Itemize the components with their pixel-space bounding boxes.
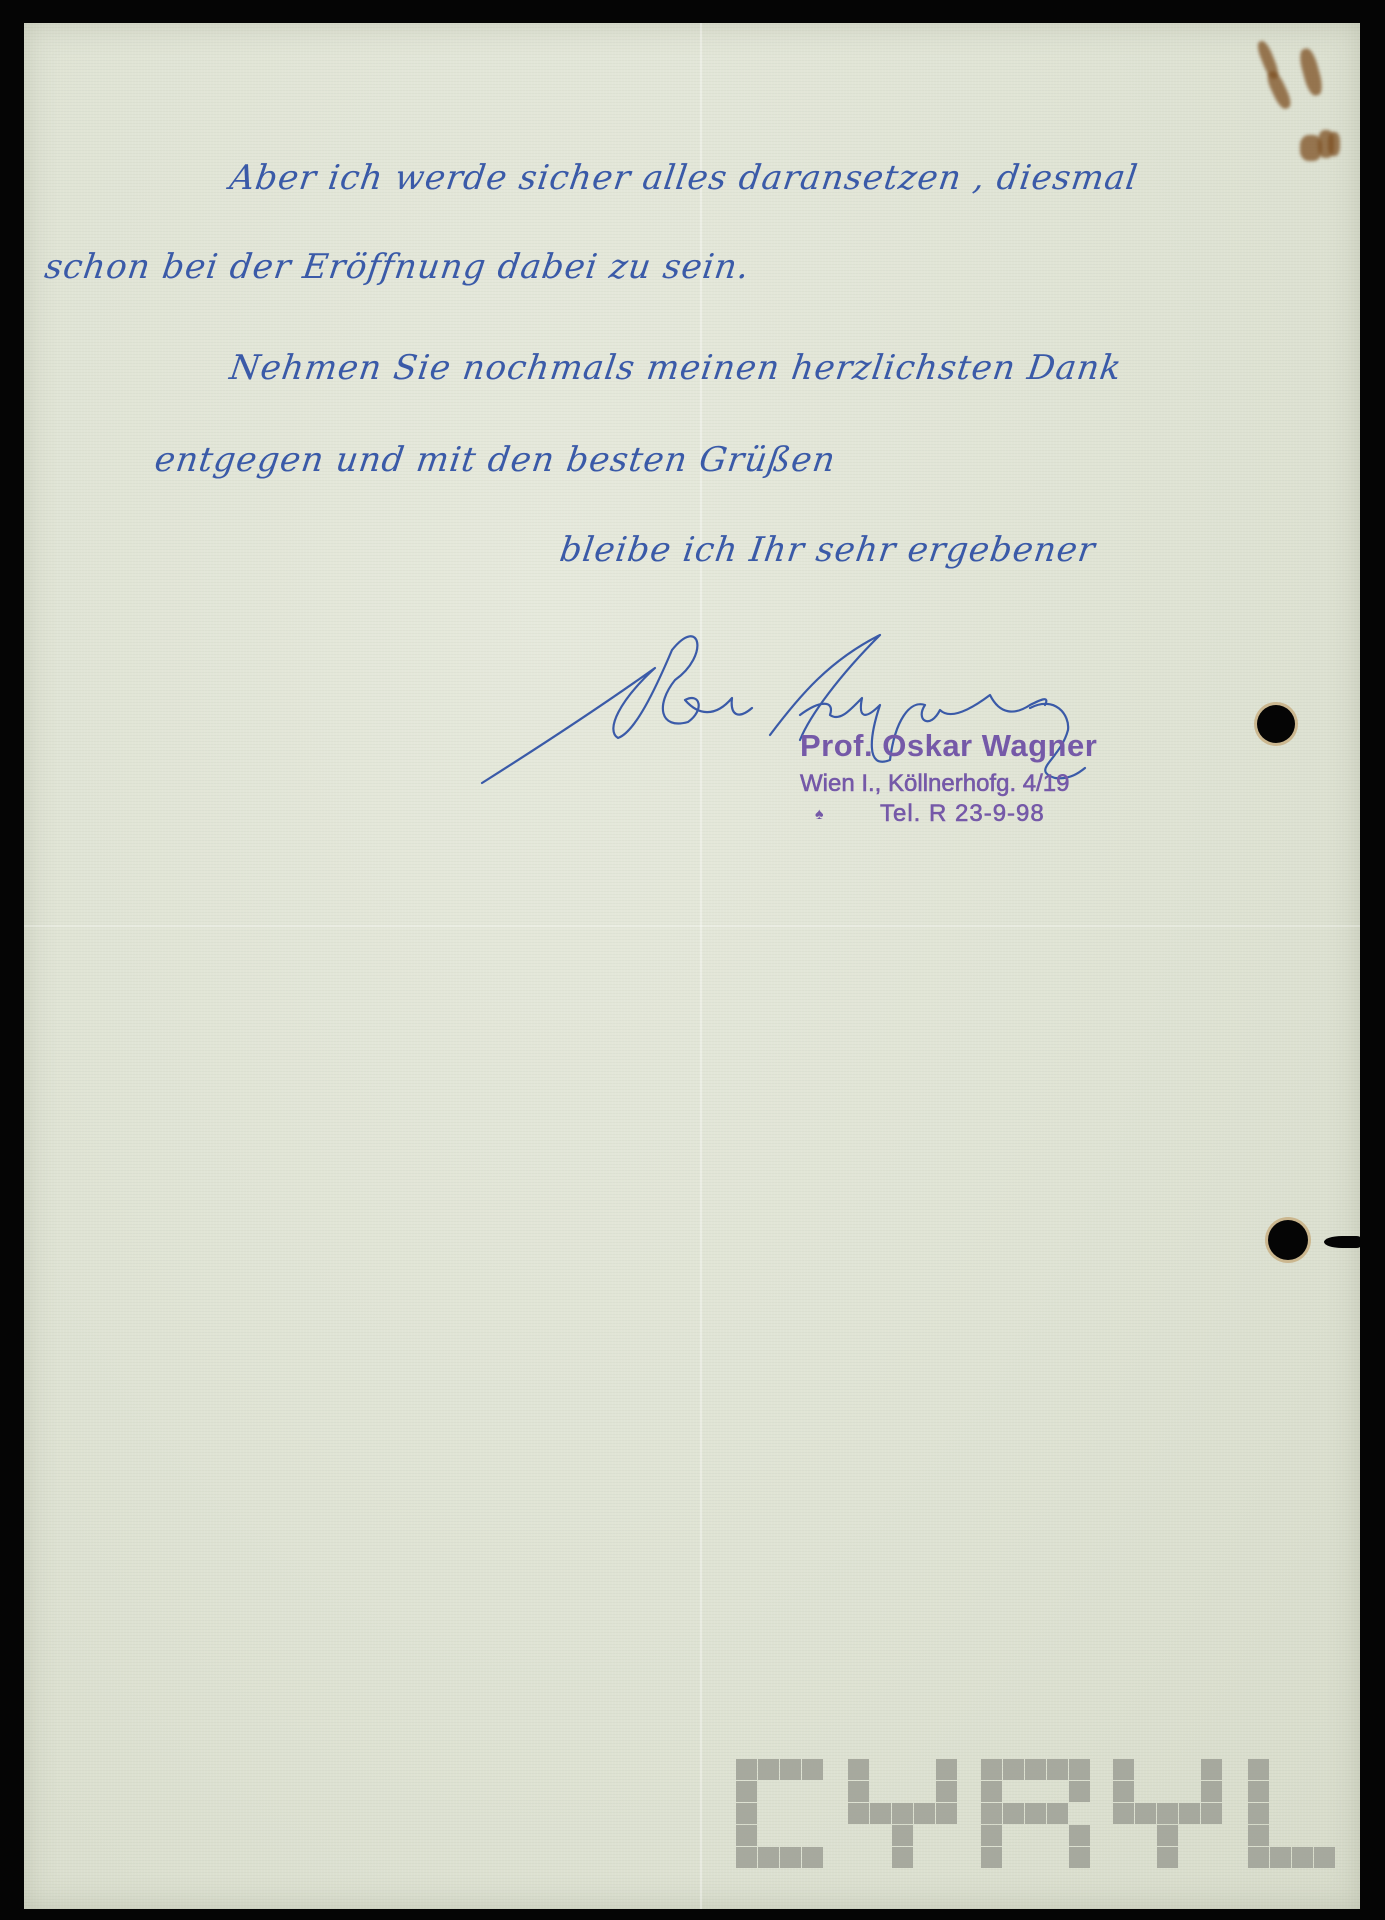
watermark-cell (1248, 1847, 1269, 1868)
watermark-cell (914, 1803, 935, 1824)
watermark-cell (1047, 1803, 1068, 1824)
paper-tear (1324, 1236, 1360, 1248)
watermark-cell (1113, 1781, 1134, 1802)
watermark-cell (1113, 1759, 1134, 1780)
punch-hole-lower (1268, 1220, 1308, 1260)
watermark-cell (981, 1847, 1002, 1868)
watermark-cell (1069, 1759, 1090, 1780)
vertical-fold-line (700, 23, 702, 1909)
watermark-cell (981, 1825, 1002, 1846)
watermark-cell (1248, 1803, 1269, 1824)
watermark-cell (981, 1803, 1002, 1824)
letter-line-1: Aber ich werde sicher alles daransetzen … (227, 158, 1140, 198)
stamp-address: Wien I., Köllnerhofg. 4/19 (800, 770, 1069, 798)
watermark-cell (758, 1759, 779, 1780)
watermark-cell (1047, 1759, 1068, 1780)
watermark-cell (1025, 1759, 1046, 1780)
watermark-cell (1270, 1847, 1291, 1868)
watermark-cell (1248, 1825, 1269, 1846)
watermark-cell (892, 1847, 913, 1868)
watermark-cell (1201, 1759, 1222, 1780)
watermark-cell (1069, 1847, 1090, 1868)
watermark-cell (802, 1759, 823, 1780)
watermark-cell (981, 1781, 1002, 1802)
watermark-cell (758, 1847, 779, 1868)
letter-line-2: schon bei der Eröffnung dabei zu sein. (42, 247, 752, 287)
watermark-cell (1157, 1803, 1178, 1824)
spade-mark-icon: ♠ (815, 806, 824, 824)
watermark-cell (736, 1847, 757, 1868)
watermark-cell (1135, 1803, 1156, 1824)
letter-line-4: entgegen und mit den besten Grüßen (152, 440, 838, 480)
watermark-cell (892, 1825, 913, 1846)
watermark-cell (892, 1803, 913, 1824)
watermark-cell (936, 1803, 957, 1824)
watermark-cell (736, 1803, 757, 1824)
watermark-cell (1003, 1759, 1024, 1780)
watermark-cell (1003, 1803, 1024, 1824)
watermark-cell (1025, 1803, 1046, 1824)
watermark-cell (1248, 1781, 1269, 1802)
watermark-cell (1292, 1847, 1313, 1868)
horizontal-fold-line (24, 925, 1360, 927)
punch-hole-upper (1257, 705, 1295, 743)
watermark-cell (1179, 1803, 1200, 1824)
watermark-cell (848, 1803, 869, 1824)
stamp-telephone: Tel. R 23-9-98 (880, 800, 1045, 828)
watermark-cell (736, 1759, 757, 1780)
watermark-cell (802, 1847, 823, 1868)
watermark-cell (736, 1825, 757, 1846)
watermark-cell (1201, 1781, 1222, 1802)
watermark-cell (870, 1803, 891, 1824)
watermark-cell (780, 1759, 801, 1780)
watermark-cell (981, 1759, 1002, 1780)
watermark-cell (936, 1759, 957, 1780)
watermark-cell (936, 1781, 957, 1802)
watermark-cell (1248, 1759, 1269, 1780)
watermark-cell (780, 1847, 801, 1868)
letter-line-5: bleibe ich Ihr sehr ergebener (557, 530, 1098, 570)
letter-page (24, 23, 1360, 1909)
watermark-cell (1157, 1847, 1178, 1868)
watermark-cell (1069, 1781, 1090, 1802)
watermark-cell (1069, 1825, 1090, 1846)
watermark-cell (736, 1781, 757, 1802)
watermark-cell (1157, 1825, 1178, 1846)
watermark-cell (1314, 1847, 1335, 1868)
watermark-cell (848, 1759, 869, 1780)
watermark-cell (848, 1781, 869, 1802)
stamp-name: Prof. Oskar Wagner (800, 728, 1097, 764)
watermark-cell (1113, 1803, 1134, 1824)
watermark-cell (1201, 1803, 1222, 1824)
letter-line-3: Nehmen Sie nochmals meinen herzlichsten … (227, 348, 1124, 388)
